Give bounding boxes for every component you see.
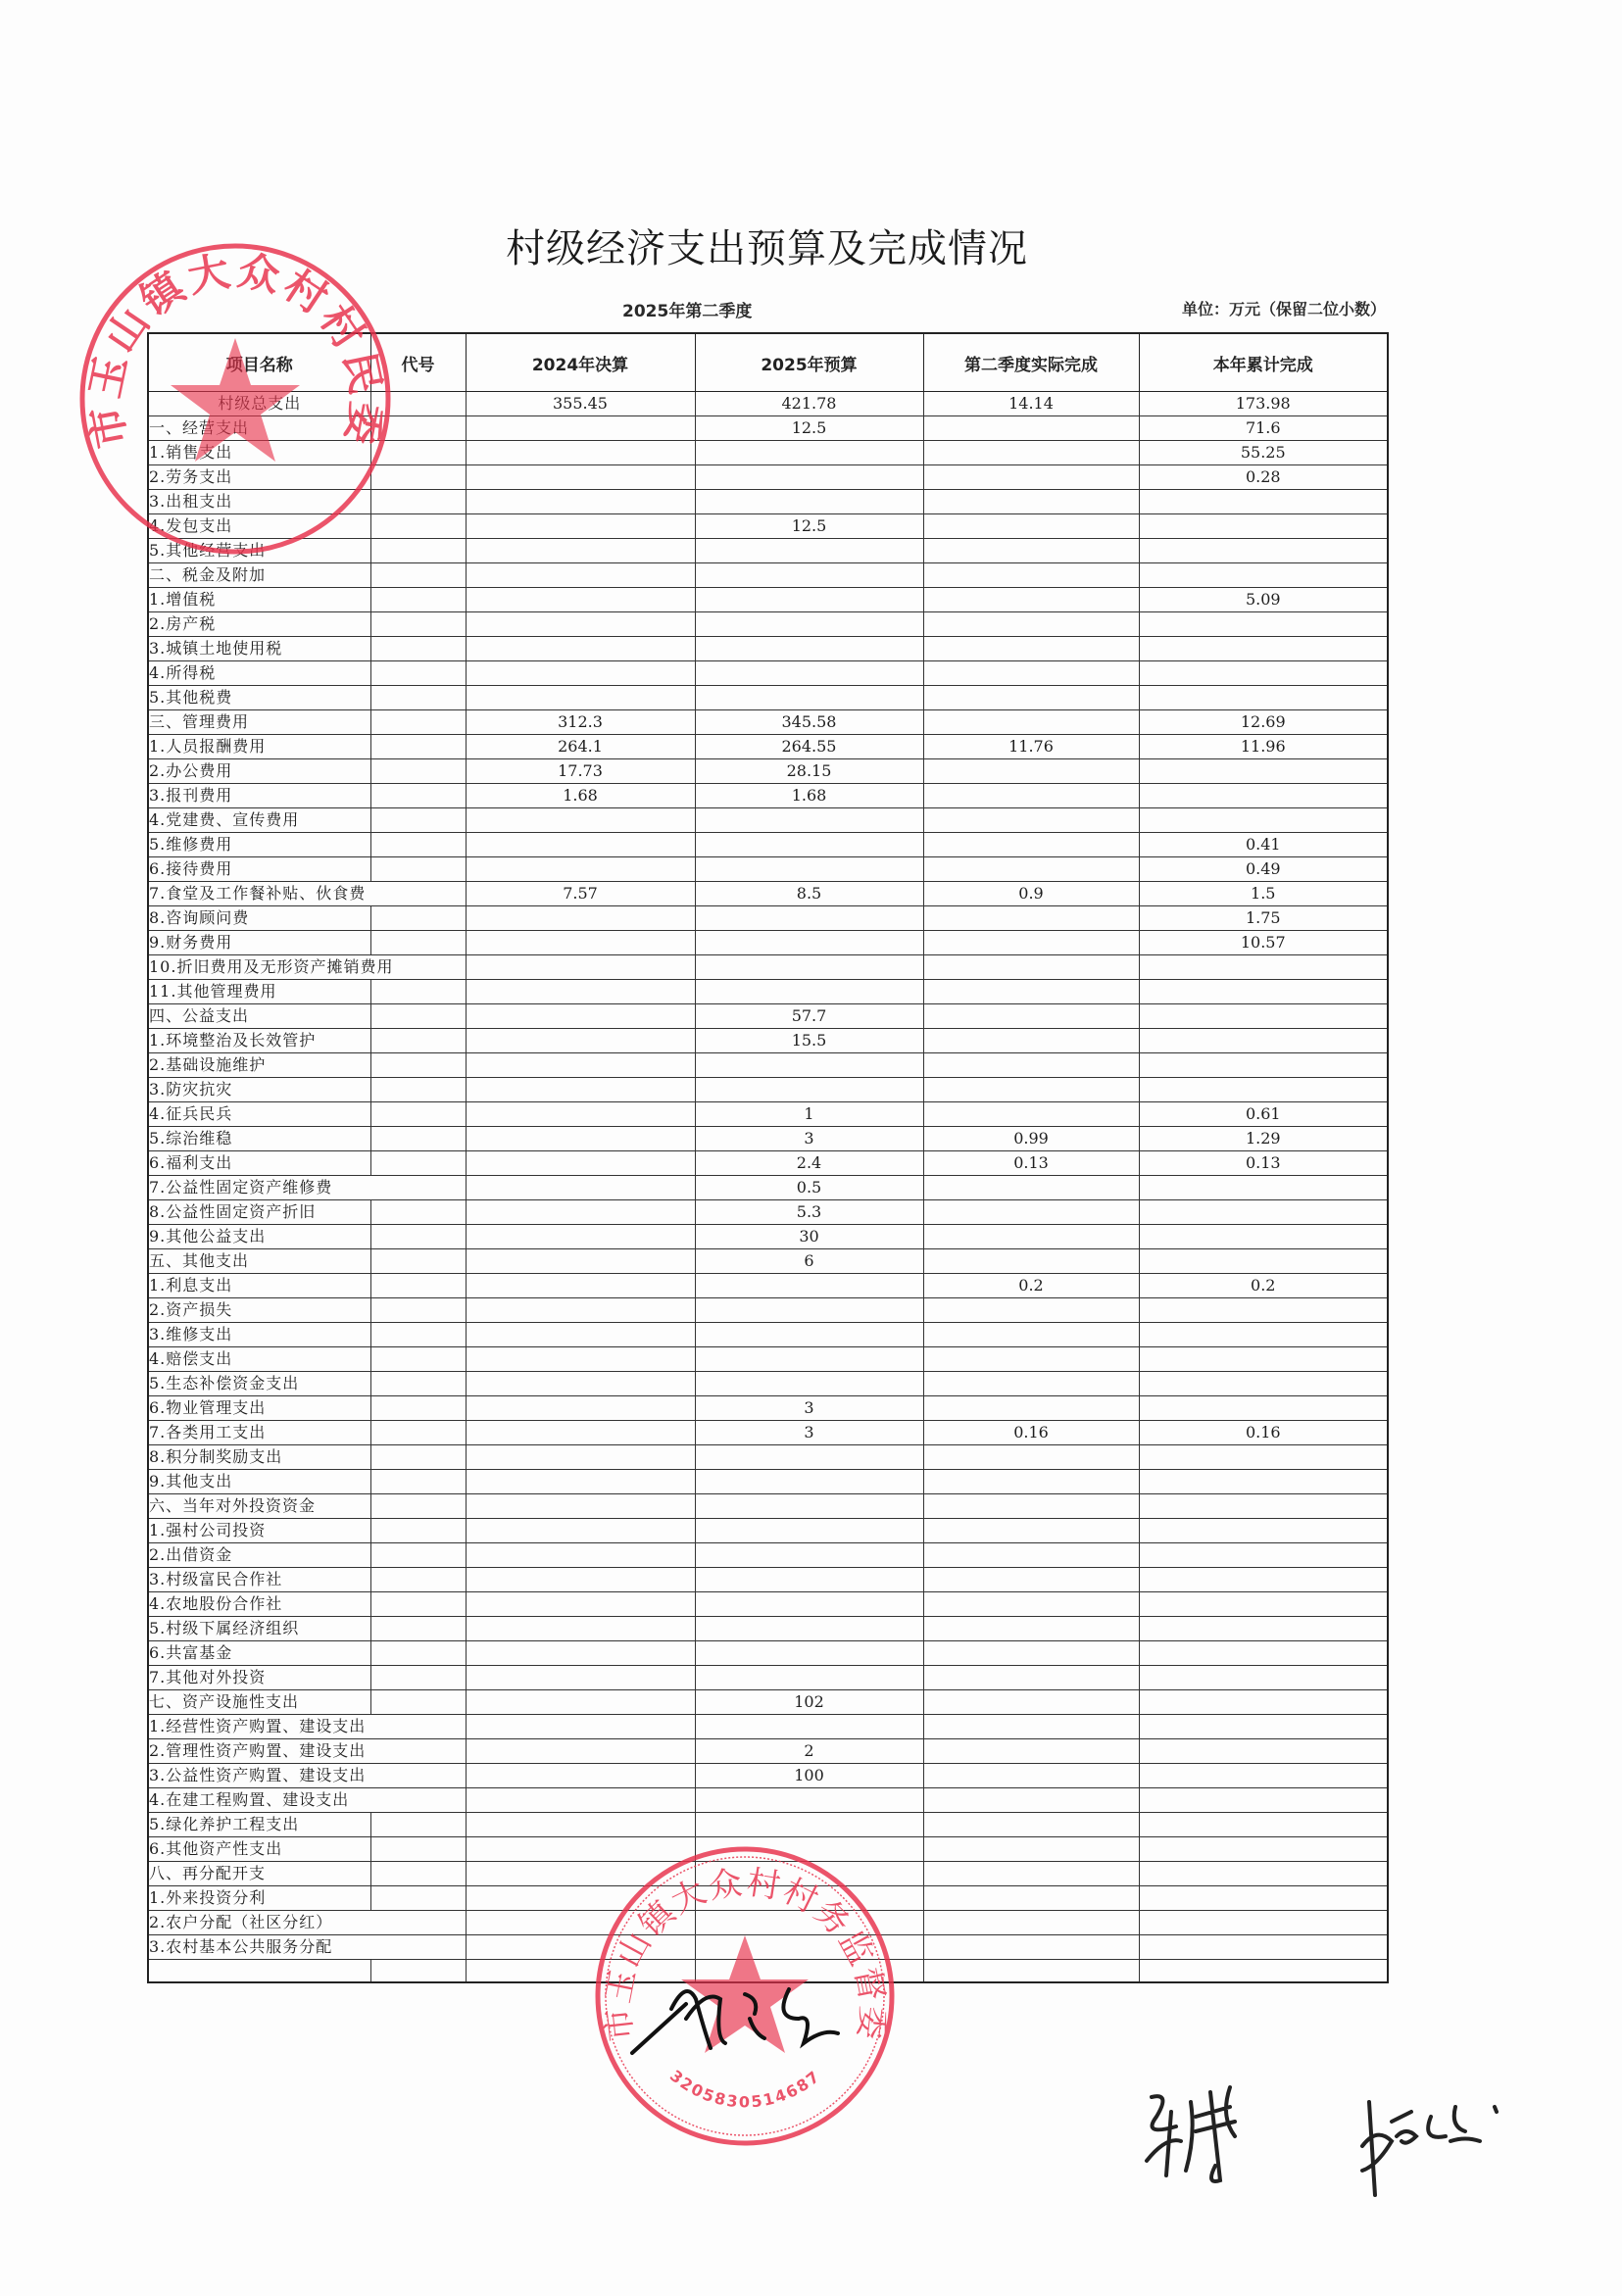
q2-actual-cell xyxy=(923,637,1139,661)
item-code-cell xyxy=(370,1837,466,1862)
item-code-cell xyxy=(370,1029,466,1053)
final-2024-cell xyxy=(466,1911,695,1935)
item-code-cell xyxy=(370,1396,466,1421)
final-2024-cell: 17.73 xyxy=(466,759,695,784)
ytd-actual-cell: 1.29 xyxy=(1139,1127,1388,1151)
table-row: 4.在建工程购置、建设支出 xyxy=(148,1788,1388,1813)
item-name-cell: 1.经营性资产购置、建设支出 xyxy=(148,1715,466,1739)
budget-2025-cell: 15.5 xyxy=(695,1029,923,1053)
q2-actual-cell xyxy=(923,612,1139,637)
final-2024-cell xyxy=(466,931,695,955)
item-code-cell xyxy=(370,1225,466,1249)
q2-actual-cell xyxy=(923,1935,1139,1960)
budget-2025-cell xyxy=(695,1715,923,1739)
table-row: 5.维修费用0.41 xyxy=(148,833,1388,857)
budget-2025-cell xyxy=(695,906,923,931)
item-name-cell: 7.公益性固定资产维修费 xyxy=(148,1176,466,1200)
budget-2025-cell: 2.4 xyxy=(695,1151,923,1176)
q2-actual-cell xyxy=(923,1690,1139,1715)
item-name-cell: 5.其他经营支出 xyxy=(148,539,370,563)
item-name-cell: 4.在建工程购置、建设支出 xyxy=(148,1788,466,1813)
budget-2025-cell xyxy=(695,1641,923,1666)
final-2024-cell xyxy=(466,1666,695,1690)
table-row: 五、其他支出6 xyxy=(148,1249,1388,1274)
item-code-cell xyxy=(370,931,466,955)
item-name-cell: 4.赔偿支出 xyxy=(148,1347,370,1372)
budget-2025-cell xyxy=(695,539,923,563)
final-2024-cell xyxy=(466,1886,695,1911)
q2-actual-cell xyxy=(923,1862,1139,1886)
budget-2025-cell xyxy=(695,1347,923,1372)
final-2024-cell: 355.45 xyxy=(466,392,695,416)
q2-actual-cell xyxy=(923,1053,1139,1078)
budget-2025-cell xyxy=(695,1813,923,1837)
q2-actual-cell xyxy=(923,1617,1139,1641)
table-row: 3.农村基本公共服务分配 xyxy=(148,1935,1388,1960)
q2-actual-cell xyxy=(923,1323,1139,1347)
budget-2025-cell xyxy=(695,1274,923,1298)
table-row: 村级总支出355.45421.7814.14173.98 xyxy=(148,392,1388,416)
ytd-actual-cell xyxy=(1139,637,1388,661)
budget-2025-cell xyxy=(695,1445,923,1470)
budget-2025-cell xyxy=(695,612,923,637)
ytd-actual-cell xyxy=(1139,808,1388,833)
budget-2025-cell: 0.5 xyxy=(695,1176,923,1200)
q2-actual-cell xyxy=(923,1225,1139,1249)
budget-2025-cell: 2 xyxy=(695,1739,923,1764)
final-2024-cell xyxy=(466,955,695,980)
item-name-cell: 三、管理费用 xyxy=(148,710,370,735)
budget-2025-cell xyxy=(695,1666,923,1690)
final-2024-cell xyxy=(466,1494,695,1519)
table-row: 7.食堂及工作餐补贴、伙食费7.578.50.91.5 xyxy=(148,882,1388,906)
item-name-cell xyxy=(148,1960,370,1983)
table-row: 5.村级下属经济组织 xyxy=(148,1617,1388,1641)
ytd-actual-cell xyxy=(1139,1519,1388,1543)
item-name-cell: 村级总支出 xyxy=(148,392,370,416)
table-row: 5.其他经营支出 xyxy=(148,539,1388,563)
final-2024-cell xyxy=(466,637,695,661)
table-row: 1.经营性资产购置、建设支出 xyxy=(148,1715,1388,1739)
header-item-name: 项目名称 xyxy=(148,333,370,392)
item-code-cell xyxy=(370,1004,466,1029)
budget-2025-cell xyxy=(695,1862,923,1886)
item-code-cell xyxy=(370,1102,466,1127)
table-row: 5.生态补偿资金支出 xyxy=(148,1372,1388,1396)
q2-actual-cell xyxy=(923,1396,1139,1421)
budget-2025-cell: 57.7 xyxy=(695,1004,923,1029)
final-2024-cell xyxy=(466,1298,695,1323)
q2-actual-cell xyxy=(923,661,1139,686)
q2-actual-cell xyxy=(923,1249,1139,1274)
final-2024-cell xyxy=(466,416,695,441)
item-name-cell: 2.房产税 xyxy=(148,612,370,637)
budget-2025-cell xyxy=(695,1053,923,1078)
item-name-cell: 1.销售支出 xyxy=(148,441,370,465)
table-row: 2.农户分配（社区分红） xyxy=(148,1911,1388,1935)
q2-actual-cell: 0.2 xyxy=(923,1274,1139,1298)
final-2024-cell xyxy=(466,612,695,637)
item-name-cell: 8.积分制奖励支出 xyxy=(148,1445,370,1470)
ytd-actual-cell xyxy=(1139,1960,1388,1983)
ytd-actual-cell xyxy=(1139,1837,1388,1862)
item-name-cell: 4.征兵民兵 xyxy=(148,1102,370,1127)
ytd-actual-cell xyxy=(1139,1347,1388,1372)
budget-2025-cell xyxy=(695,1323,923,1347)
q2-actual-cell xyxy=(923,1960,1139,1983)
ytd-actual-cell xyxy=(1139,661,1388,686)
budget-2025-cell xyxy=(695,980,923,1004)
table-row: 7.各类用工支出30.160.16 xyxy=(148,1421,1388,1445)
ytd-actual-cell: 0.2 xyxy=(1139,1274,1388,1298)
table-row: 6.接待费用0.49 xyxy=(148,857,1388,882)
ytd-actual-cell xyxy=(1139,1568,1388,1592)
table-row: 3.维修支出 xyxy=(148,1323,1388,1347)
ytd-actual-cell xyxy=(1139,1200,1388,1225)
q2-actual-cell xyxy=(923,1004,1139,1029)
table-row: 4.所得税 xyxy=(148,661,1388,686)
item-name-cell: 9.其他支出 xyxy=(148,1470,370,1494)
item-code-cell xyxy=(370,1641,466,1666)
header-ytd-actual: 本年累计完成 xyxy=(1139,333,1388,392)
budget-2025-cell xyxy=(695,833,923,857)
q2-actual-cell xyxy=(923,1029,1139,1053)
final-2024-cell xyxy=(466,1396,695,1421)
item-code-cell xyxy=(370,1666,466,1690)
budget-2025-cell: 5.3 xyxy=(695,1200,923,1225)
item-code-cell xyxy=(370,857,466,882)
ytd-actual-cell: 0.41 xyxy=(1139,833,1388,857)
item-code-cell xyxy=(370,1862,466,1886)
ytd-actual-cell: 55.25 xyxy=(1139,441,1388,465)
final-2024-cell xyxy=(466,1004,695,1029)
item-code-cell xyxy=(370,392,466,416)
ytd-actual-cell: 0.13 xyxy=(1139,1151,1388,1176)
ytd-actual-cell xyxy=(1139,955,1388,980)
item-name-cell: 11.其他管理费用 xyxy=(148,980,370,1004)
item-name-cell: 一、经营支出 xyxy=(148,416,370,441)
budget-2025-cell xyxy=(695,1886,923,1911)
q2-actual-cell xyxy=(923,1372,1139,1396)
item-code-cell xyxy=(370,906,466,931)
ytd-actual-cell: 173.98 xyxy=(1139,392,1388,416)
item-name-cell: 2.农户分配（社区分红） xyxy=(148,1911,466,1935)
item-code-cell xyxy=(370,980,466,1004)
budget-2025-cell xyxy=(695,1617,923,1641)
final-2024-cell xyxy=(466,1347,695,1372)
table-row: 一、经营支出12.571.6 xyxy=(148,416,1388,441)
header-2024-final: 2024年决算 xyxy=(466,333,695,392)
item-code-cell xyxy=(370,710,466,735)
item-name-cell: 5.生态补偿资金支出 xyxy=(148,1372,370,1396)
item-name-cell: 七、资产设施性支出 xyxy=(148,1690,370,1715)
ytd-actual-cell xyxy=(1139,1249,1388,1274)
final-2024-cell xyxy=(466,1690,695,1715)
ytd-actual-cell xyxy=(1139,490,1388,514)
final-2024-cell xyxy=(466,906,695,931)
ytd-actual-cell xyxy=(1139,1641,1388,1666)
ytd-actual-cell xyxy=(1139,1298,1388,1323)
item-code-cell xyxy=(370,514,466,539)
q2-actual-cell xyxy=(923,1176,1139,1200)
budget-2025-cell: 102 xyxy=(695,1690,923,1715)
ytd-actual-cell xyxy=(1139,1470,1388,1494)
budget-2025-cell xyxy=(695,637,923,661)
ytd-actual-cell xyxy=(1139,1813,1388,1837)
item-name-cell: 3.维修支出 xyxy=(148,1323,370,1347)
final-2024-cell xyxy=(466,857,695,882)
table-row: 二、税金及附加 xyxy=(148,563,1388,588)
item-name-cell: 1.增值税 xyxy=(148,588,370,612)
final-2024-cell xyxy=(466,1519,695,1543)
final-2024-cell xyxy=(466,1592,695,1617)
final-2024-cell xyxy=(466,1470,695,1494)
item-code-cell xyxy=(370,1960,466,1983)
item-name-cell: 6.接待费用 xyxy=(148,857,370,882)
q2-actual-cell: 14.14 xyxy=(923,392,1139,416)
table-row: 1.外来投资分利 xyxy=(148,1886,1388,1911)
q2-actual-cell xyxy=(923,588,1139,612)
item-name-cell: 3.城镇土地使用税 xyxy=(148,637,370,661)
table-row: 4.征兵民兵10.61 xyxy=(148,1102,1388,1127)
final-2024-cell xyxy=(466,833,695,857)
q2-actual-cell xyxy=(923,1666,1139,1690)
q2-actual-cell xyxy=(923,1543,1139,1568)
item-name-cell: 9.财务费用 xyxy=(148,931,370,955)
final-2024-cell xyxy=(466,1739,695,1764)
ytd-actual-cell: 71.6 xyxy=(1139,416,1388,441)
item-name-cell: 2.出借资金 xyxy=(148,1543,370,1568)
ytd-actual-cell xyxy=(1139,1176,1388,1200)
item-code-cell xyxy=(370,1886,466,1911)
final-2024-cell xyxy=(466,1151,695,1176)
q2-actual-cell xyxy=(923,1764,1139,1788)
ytd-actual-cell xyxy=(1139,980,1388,1004)
item-code-cell xyxy=(370,1421,466,1445)
item-name-cell: 1.利息支出 xyxy=(148,1274,370,1298)
budget-2025-cell xyxy=(695,931,923,955)
table-row: 八、再分配开支 xyxy=(148,1862,1388,1886)
budget-2025-cell: 12.5 xyxy=(695,514,923,539)
budget-2025-cell: 1 xyxy=(695,1102,923,1127)
q2-actual-cell xyxy=(923,1470,1139,1494)
table-body: 村级总支出355.45421.7814.14173.98一、经营支出12.571… xyxy=(148,392,1388,1983)
item-name-cell: 8.咨询顾问费 xyxy=(148,906,370,931)
item-code-cell xyxy=(370,465,466,490)
ytd-actual-cell: 0.28 xyxy=(1139,465,1388,490)
budget-2025-cell: 264.55 xyxy=(695,735,923,759)
budget-2025-cell xyxy=(695,1078,923,1102)
item-name-cell: 4.农地股份合作社 xyxy=(148,1592,370,1617)
budget-2025-cell: 12.5 xyxy=(695,416,923,441)
item-code-cell xyxy=(370,1568,466,1592)
q2-actual-cell: 11.76 xyxy=(923,735,1139,759)
table-row: 1.强村公司投资 xyxy=(148,1519,1388,1543)
ytd-actual-cell xyxy=(1139,1935,1388,1960)
item-name-cell: 八、再分配开支 xyxy=(148,1862,370,1886)
table-row: 1.环境整治及长效管护15.5 xyxy=(148,1029,1388,1053)
budget-2025-cell: 8.5 xyxy=(695,882,923,906)
q2-actual-cell xyxy=(923,416,1139,441)
item-name-cell: 7.各类用工支出 xyxy=(148,1421,370,1445)
item-name-cell: 1.人员报酬费用 xyxy=(148,735,370,759)
q2-actual-cell xyxy=(923,441,1139,465)
table-row: 5.其他税费 xyxy=(148,686,1388,710)
table-row: 2.出借资金 xyxy=(148,1543,1388,1568)
q2-actual-cell xyxy=(923,955,1139,980)
svg-text:3205830514687: 3205830514687 xyxy=(666,2067,824,2112)
item-code-cell xyxy=(370,1298,466,1323)
ytd-actual-cell xyxy=(1139,1396,1388,1421)
budget-2025-cell: 6 xyxy=(695,1249,923,1274)
budget-2025-cell xyxy=(695,1470,923,1494)
table-row: 8.公益性固定资产折旧5.3 xyxy=(148,1200,1388,1225)
table-header-row: 项目名称 代号 2024年决算 2025年预算 第二季度实际完成 本年累计完成 xyxy=(148,333,1388,392)
signature-left-icon xyxy=(1137,2077,1274,2195)
q2-actual-cell xyxy=(923,906,1139,931)
ytd-actual-cell xyxy=(1139,1372,1388,1396)
item-code-cell xyxy=(370,490,466,514)
q2-actual-cell xyxy=(923,1641,1139,1666)
ytd-actual-cell xyxy=(1139,1764,1388,1788)
item-code-cell xyxy=(370,1323,466,1347)
q2-actual-cell xyxy=(923,833,1139,857)
item-code-cell xyxy=(370,539,466,563)
ytd-actual-cell xyxy=(1139,1445,1388,1470)
table-row: 6.物业管理支出3 xyxy=(148,1396,1388,1421)
item-name-cell: 2.劳务支出 xyxy=(148,465,370,490)
item-code-cell xyxy=(370,612,466,637)
q2-actual-cell xyxy=(923,808,1139,833)
final-2024-cell: 264.1 xyxy=(466,735,695,759)
q2-actual-cell xyxy=(923,1445,1139,1470)
final-2024-cell xyxy=(466,1445,695,1470)
ytd-actual-cell xyxy=(1139,1886,1388,1911)
q2-actual-cell: 0.16 xyxy=(923,1421,1139,1445)
final-2024-cell xyxy=(466,1568,695,1592)
ytd-actual-cell xyxy=(1139,1911,1388,1935)
final-2024-cell xyxy=(466,441,695,465)
q2-actual-cell xyxy=(923,539,1139,563)
q2-actual-cell xyxy=(923,465,1139,490)
item-name-cell: 2.办公费用 xyxy=(148,759,370,784)
item-code-cell xyxy=(370,1127,466,1151)
table-row: 4.发包支出12.5 xyxy=(148,514,1388,539)
final-2024-cell xyxy=(466,1102,695,1127)
item-name-cell: 3.村级富民合作社 xyxy=(148,1568,370,1592)
item-name-cell: 3.出租支出 xyxy=(148,490,370,514)
item-name-cell: 1.环境整治及长效管护 xyxy=(148,1029,370,1053)
item-name-cell: 四、公益支出 xyxy=(148,1004,370,1029)
item-code-cell xyxy=(370,1372,466,1396)
final-2024-cell xyxy=(466,1641,695,1666)
table-row: 4.赔偿支出 xyxy=(148,1347,1388,1372)
unit-note: 单位：万元（保留二位小数） xyxy=(1182,297,1386,319)
ytd-actual-cell xyxy=(1139,1543,1388,1568)
item-code-cell xyxy=(370,588,466,612)
budget-2025-cell xyxy=(695,661,923,686)
item-code-cell xyxy=(370,1347,466,1372)
item-code-cell xyxy=(370,563,466,588)
item-name-cell: 6.物业管理支出 xyxy=(148,1396,370,1421)
q2-actual-cell xyxy=(923,980,1139,1004)
q2-actual-cell xyxy=(923,1078,1139,1102)
budget-2025-cell xyxy=(695,465,923,490)
final-2024-cell xyxy=(466,1788,695,1813)
table-row: 3.报刊费用1.681.68 xyxy=(148,784,1388,808)
final-2024-cell xyxy=(466,1029,695,1053)
table-row: 1.销售支出55.25 xyxy=(148,441,1388,465)
ytd-actual-cell xyxy=(1139,1078,1388,1102)
q2-actual-cell xyxy=(923,1813,1139,1837)
budget-2025-cell xyxy=(695,1519,923,1543)
table-row: 四、公益支出57.7 xyxy=(148,1004,1388,1029)
q2-actual-cell xyxy=(923,1102,1139,1127)
ytd-actual-cell xyxy=(1139,1053,1388,1078)
final-2024-cell xyxy=(466,1960,695,1983)
final-2024-cell xyxy=(466,1078,695,1102)
item-code-cell xyxy=(370,441,466,465)
budget-2025-cell xyxy=(695,588,923,612)
final-2024-cell: 1.68 xyxy=(466,784,695,808)
ytd-actual-cell xyxy=(1139,612,1388,637)
ytd-actual-cell: 0.61 xyxy=(1139,1102,1388,1127)
ytd-actual-cell xyxy=(1139,1666,1388,1690)
budget-2025-cell xyxy=(695,490,923,514)
item-name-cell: 6.共富基金 xyxy=(148,1641,370,1666)
item-code-cell xyxy=(370,1274,466,1298)
signature-right-icon xyxy=(1357,2087,1514,2205)
item-name-cell: 4.党建费、宣传费用 xyxy=(148,808,370,833)
budget-2025-cell xyxy=(695,1372,923,1396)
q2-actual-cell xyxy=(923,1494,1139,1519)
q2-actual-cell xyxy=(923,1519,1139,1543)
final-2024-cell xyxy=(466,514,695,539)
item-name-cell: 5.维修费用 xyxy=(148,833,370,857)
q2-actual-cell: 0.9 xyxy=(923,882,1139,906)
table-row: 6.其他资产性支出 xyxy=(148,1837,1388,1862)
item-code-cell xyxy=(370,1592,466,1617)
header-2025-budget: 2025年预算 xyxy=(695,333,923,392)
budget-2025-cell xyxy=(695,1911,923,1935)
item-name-cell: 2.管理性资产购置、建设支出 xyxy=(148,1739,466,1764)
item-code-cell xyxy=(370,1200,466,1225)
ytd-actual-cell: 1.75 xyxy=(1139,906,1388,931)
q2-actual-cell xyxy=(923,1298,1139,1323)
item-code-cell xyxy=(370,661,466,686)
final-2024-cell xyxy=(466,1274,695,1298)
ytd-actual-cell xyxy=(1139,1617,1388,1641)
budget-2025-cell xyxy=(695,1788,923,1813)
table-row: 9.其他支出 xyxy=(148,1470,1388,1494)
table-row: 3.公益性资产购置、建设支出100 xyxy=(148,1764,1388,1788)
item-name-cell: 4.发包支出 xyxy=(148,514,370,539)
final-2024-cell: 312.3 xyxy=(466,710,695,735)
final-2024-cell xyxy=(466,563,695,588)
q2-actual-cell xyxy=(923,1886,1139,1911)
table-row: 2.劳务支出0.28 xyxy=(148,465,1388,490)
ytd-actual-cell xyxy=(1139,1715,1388,1739)
ytd-actual-cell: 5.09 xyxy=(1139,588,1388,612)
final-2024-cell xyxy=(466,1127,695,1151)
budget-2025-cell xyxy=(695,1543,923,1568)
item-code-cell xyxy=(370,735,466,759)
ytd-actual-cell xyxy=(1139,759,1388,784)
ytd-actual-cell: 11.96 xyxy=(1139,735,1388,759)
ytd-actual-cell xyxy=(1139,514,1388,539)
q2-actual-cell xyxy=(923,514,1139,539)
item-code-cell xyxy=(370,833,466,857)
